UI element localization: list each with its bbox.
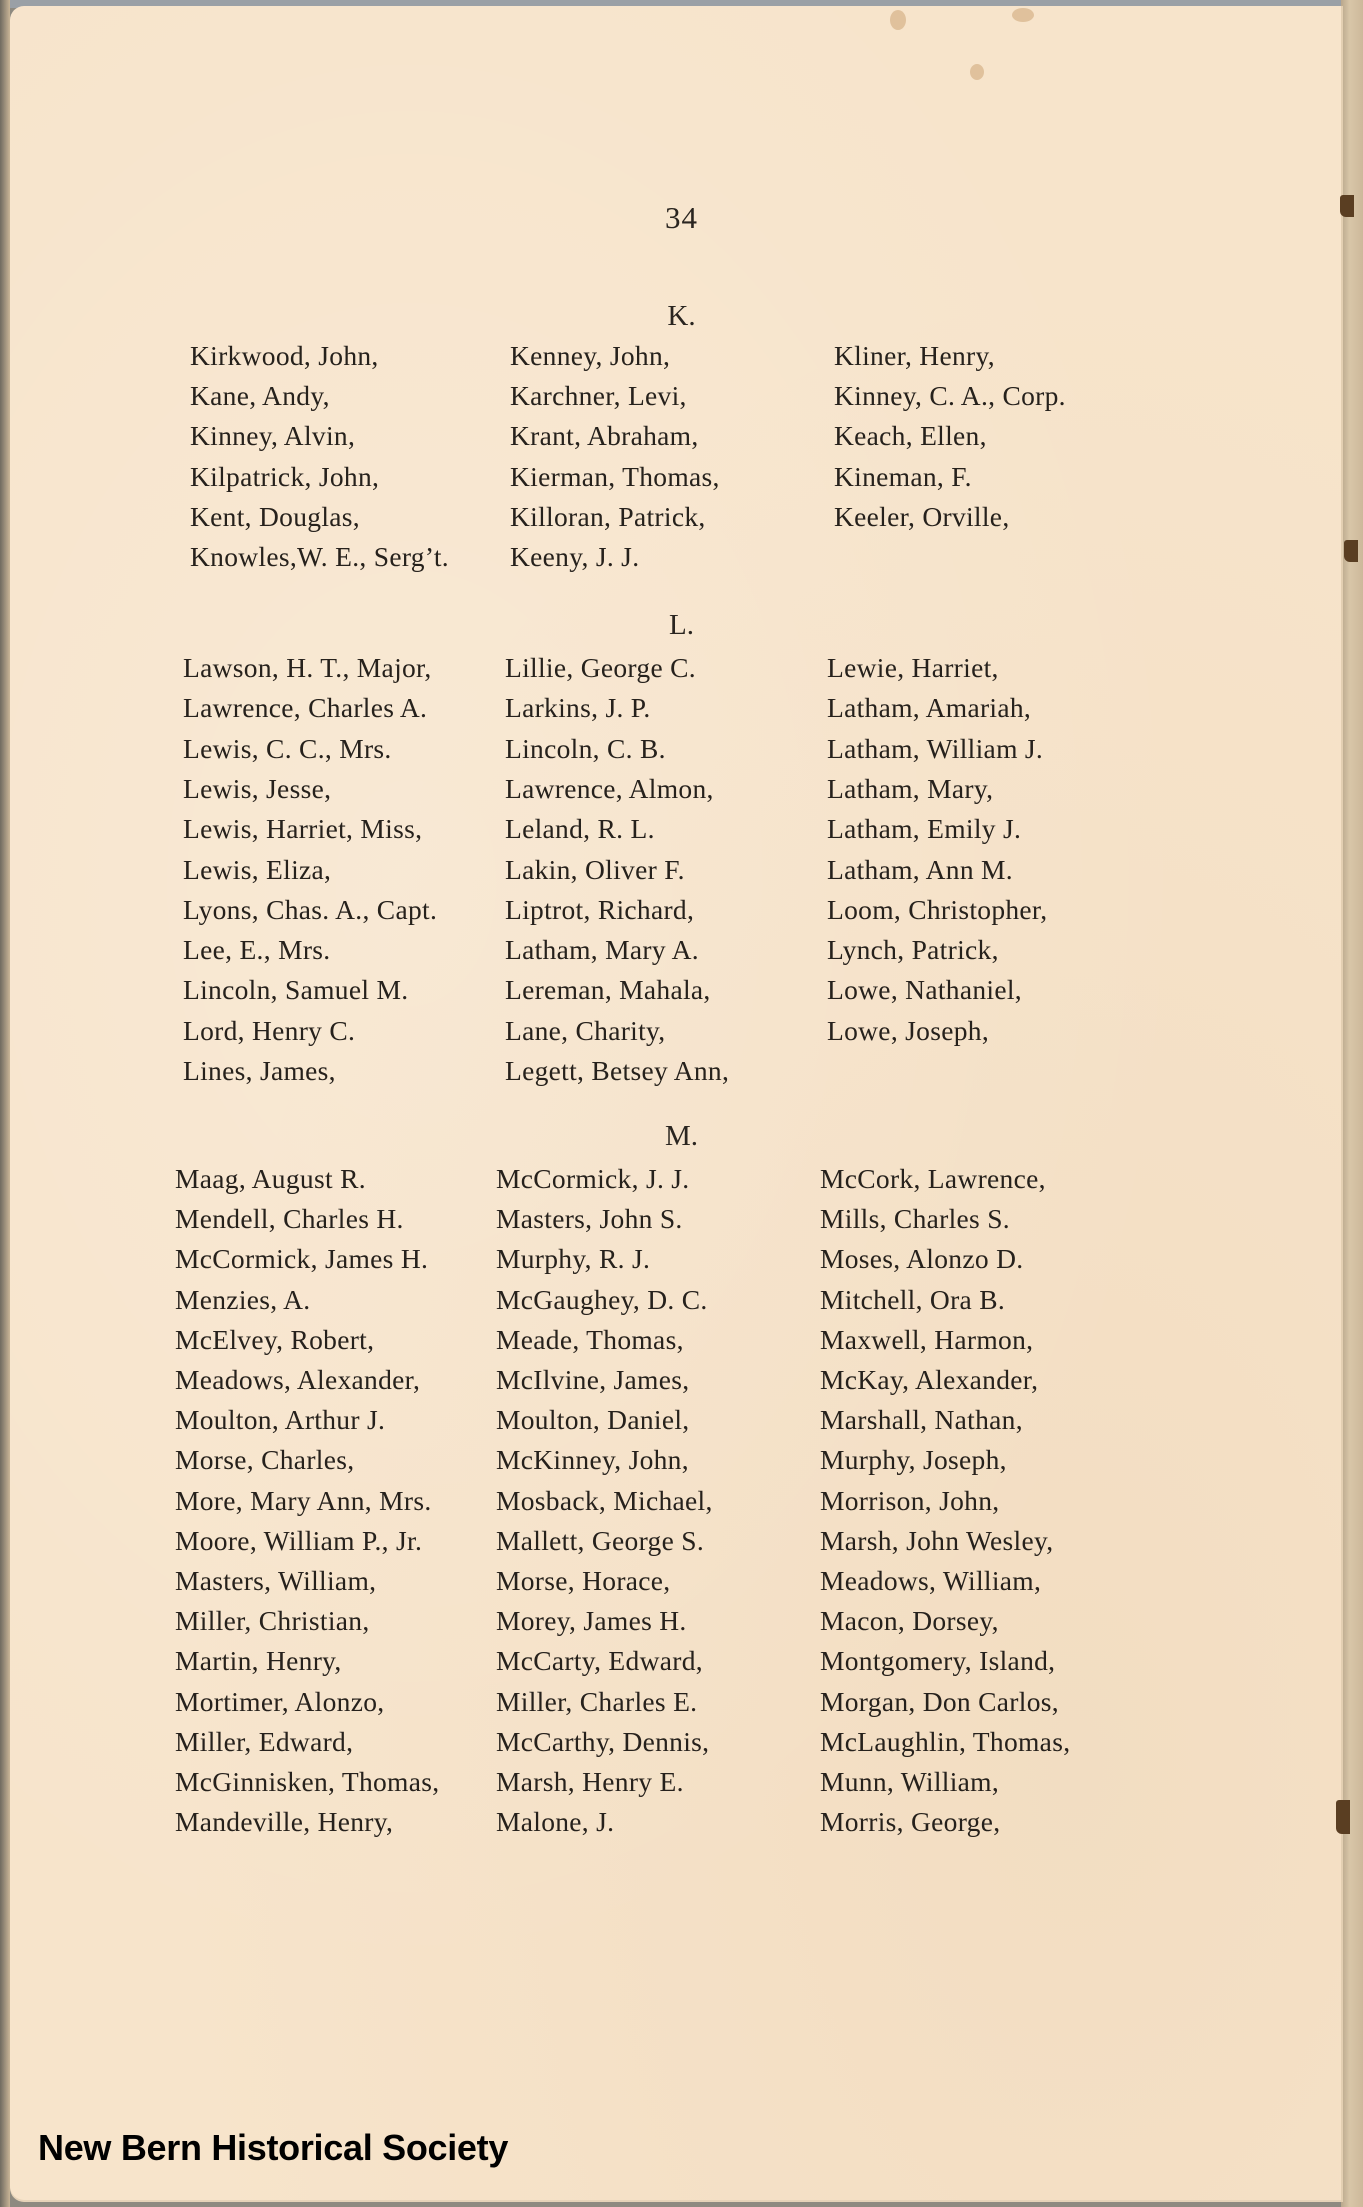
roster-name-entry: Kinney, Alvin, <box>190 420 355 452</box>
roster-name-entry: Lawrence, Charles A. <box>183 692 427 724</box>
roster-name-entry: McCork, Lawrence, <box>820 1163 1046 1195</box>
roster-name-entry: Kliner, Henry, <box>834 340 995 372</box>
roster-name-entry: McKinney, John, <box>496 1444 689 1476</box>
binding-tab-mark <box>1336 1800 1350 1834</box>
roster-name-entry: Mills, Charles S. <box>820 1203 1010 1235</box>
foxing-stain <box>970 64 984 80</box>
roster-name-entry: Latham, Amariah, <box>827 692 1031 724</box>
roster-name-entry: Larkins, J. P. <box>505 692 651 724</box>
section-letter-heading: K. <box>0 300 1363 333</box>
roster-name-entry: Loom, Christopher, <box>827 894 1047 926</box>
roster-name-entry: Keeny, J. J. <box>510 541 639 573</box>
roster-name-entry: Lyons, Chas. A., Capt. <box>183 894 437 926</box>
roster-name-entry: Morrison, John, <box>820 1485 999 1517</box>
roster-name-entry: Munn, William, <box>820 1766 999 1798</box>
roster-name-entry: Lakin, Oliver F. <box>505 854 685 886</box>
foxing-stain <box>1012 8 1034 22</box>
roster-name-entry: Martin, Henry, <box>175 1645 342 1677</box>
roster-name-entry: Latham, Mary, <box>827 773 993 805</box>
roster-name-entry: McCarty, Edward, <box>496 1645 703 1677</box>
roster-name-entry: Mandeville, Henry, <box>175 1806 393 1838</box>
roster-name-entry: Kent, Douglas, <box>190 501 360 533</box>
roster-name-entry: Marsh, John Wesley, <box>820 1525 1053 1557</box>
roster-name-entry: Lee, E., Mrs. <box>183 934 330 966</box>
roster-name-entry: Moore, William P., Jr. <box>175 1525 422 1557</box>
binding-tab-mark <box>1344 540 1358 562</box>
roster-name-entry: Montgomery, Island, <box>820 1645 1055 1677</box>
roster-name-entry: Morse, Charles, <box>175 1444 354 1476</box>
roster-name-entry: Morgan, Don Carlos, <box>820 1686 1059 1718</box>
roster-name-entry: Murphy, R. J. <box>496 1243 650 1275</box>
roster-name-entry: Mitchell, Ora B. <box>820 1284 1005 1316</box>
roster-name-entry: Lewis, Harriet, Miss, <box>183 813 422 845</box>
page-number: 34 <box>0 200 1363 236</box>
roster-name-entry: McLaughlin, Thomas, <box>820 1726 1070 1758</box>
roster-name-entry: McCarthy, Dennis, <box>496 1726 709 1758</box>
roster-name-entry: Malone, J. <box>496 1806 614 1838</box>
roster-name-entry: McGaughey, D. C. <box>496 1284 708 1316</box>
roster-name-entry: Lord, Henry C. <box>183 1015 355 1047</box>
roster-name-entry: Mallett, George S. <box>496 1525 704 1557</box>
roster-name-entry: Miller, Charles E. <box>496 1686 697 1718</box>
roster-name-entry: Kirkwood, John, <box>190 340 379 372</box>
roster-name-entry: Lewis, Jesse, <box>183 773 331 805</box>
roster-name-entry: Morey, James H. <box>496 1605 687 1637</box>
roster-name-entry: Maxwell, Harmon, <box>820 1324 1033 1356</box>
roster-name-entry: Moulton, Arthur J. <box>175 1404 385 1436</box>
roster-name-entry: Masters, William, <box>175 1565 376 1597</box>
roster-name-entry: Latham, William J. <box>827 733 1043 765</box>
roster-name-entry: Lowe, Joseph, <box>827 1015 989 1047</box>
roster-name-entry: Lewis, C. C., Mrs. <box>183 733 392 765</box>
roster-name-entry: Lincoln, Samuel M. <box>183 974 408 1006</box>
roster-name-entry: McElvey, Robert, <box>175 1324 374 1356</box>
roster-name-entry: Legett, Betsey Ann, <box>505 1055 729 1087</box>
roster-name-entry: Mosback, Michael, <box>496 1485 713 1517</box>
roster-name-entry: Meadows, William, <box>820 1565 1041 1597</box>
roster-name-entry: Krant, Abraham, <box>510 420 699 452</box>
roster-name-entry: Lewis, Eliza, <box>183 854 331 886</box>
roster-name-entry: Latham, Emily J. <box>827 813 1021 845</box>
roster-name-entry: Murphy, Joseph, <box>820 1444 1007 1476</box>
roster-name-entry: Leland, R. L. <box>505 813 655 845</box>
roster-name-entry: Keach, Ellen, <box>834 420 987 452</box>
roster-name-entry: Miller, Christian, <box>175 1605 370 1637</box>
roster-name-entry: Lines, James, <box>183 1055 336 1087</box>
foxing-stain <box>890 10 906 30</box>
roster-name-entry: Lynch, Patrick, <box>827 934 999 966</box>
roster-name-entry: Lincoln, C. B. <box>505 733 666 765</box>
roster-name-entry: McCormick, James H. <box>175 1243 428 1275</box>
roster-name-entry: McIlvine, James, <box>496 1364 689 1396</box>
roster-name-entry: Menzies, A. <box>175 1284 310 1316</box>
roster-name-entry: Karchner, Levi, <box>510 380 687 412</box>
section-letter-heading: M. <box>0 1120 1363 1153</box>
roster-name-entry: Liptrot, Richard, <box>505 894 694 926</box>
roster-name-entry: Keeler, Orville, <box>834 501 1010 533</box>
roster-name-entry: Lillie, George C. <box>505 652 696 684</box>
roster-name-entry: Kierman, Thomas, <box>510 461 720 493</box>
roster-name-entry: Meadows, Alexander, <box>175 1364 420 1396</box>
roster-name-entry: More, Mary Ann, Mrs. <box>175 1485 432 1517</box>
watermark-label: New Bern Historical Society <box>38 2127 508 2169</box>
roster-name-entry: Knowles,W. E., Serg’t. <box>190 541 449 573</box>
roster-name-entry: Killoran, Patrick, <box>510 501 706 533</box>
roster-name-entry: Mortimer, Alonzo, <box>175 1686 384 1718</box>
roster-name-entry: Macon, Dorsey, <box>820 1605 999 1637</box>
roster-name-entry: Kenney, John, <box>510 340 670 372</box>
roster-name-entry: Latham, Ann M. <box>827 854 1013 886</box>
roster-name-entry: Kane, Andy, <box>190 380 330 412</box>
roster-name-entry: Marsh, Henry E. <box>496 1766 684 1798</box>
roster-name-entry: Marshall, Nathan, <box>820 1404 1023 1436</box>
roster-name-entry: Latham, Mary A. <box>505 934 699 966</box>
roster-name-entry: Lawrence, Almon, <box>505 773 714 805</box>
book-page <box>10 6 1343 2202</box>
roster-name-entry: Lawson, H. T., Major, <box>183 652 432 684</box>
roster-name-entry: Mendell, Charles H. <box>175 1203 404 1235</box>
roster-name-entry: Masters, John S. <box>496 1203 683 1235</box>
section-letter-heading: L. <box>0 609 1363 642</box>
roster-name-entry: Kinney, C. A., Corp. <box>834 380 1066 412</box>
roster-name-entry: Kineman, F. <box>834 461 972 493</box>
roster-name-entry: Maag, August R. <box>175 1163 366 1195</box>
roster-name-entry: Lewie, Harriet, <box>827 652 999 684</box>
roster-name-entry: Morris, George, <box>820 1806 1000 1838</box>
roster-name-entry: Morse, Horace, <box>496 1565 670 1597</box>
roster-name-entry: McGinnisken, Thomas, <box>175 1766 439 1798</box>
roster-name-entry: Lowe, Nathaniel, <box>827 974 1022 1006</box>
roster-name-entry: Meade, Thomas, <box>496 1324 684 1356</box>
roster-name-entry: Miller, Edward, <box>175 1726 353 1758</box>
roster-name-entry: Lane, Charity, <box>505 1015 666 1047</box>
roster-name-entry: Moses, Alonzo D. <box>820 1243 1023 1275</box>
roster-name-entry: Moulton, Daniel, <box>496 1404 689 1436</box>
roster-name-entry: Lereman, Mahala, <box>505 974 711 1006</box>
roster-name-entry: Kilpatrick, John, <box>190 461 379 493</box>
roster-name-entry: McCormick, J. J. <box>496 1163 689 1195</box>
roster-name-entry: McKay, Alexander, <box>820 1364 1038 1396</box>
